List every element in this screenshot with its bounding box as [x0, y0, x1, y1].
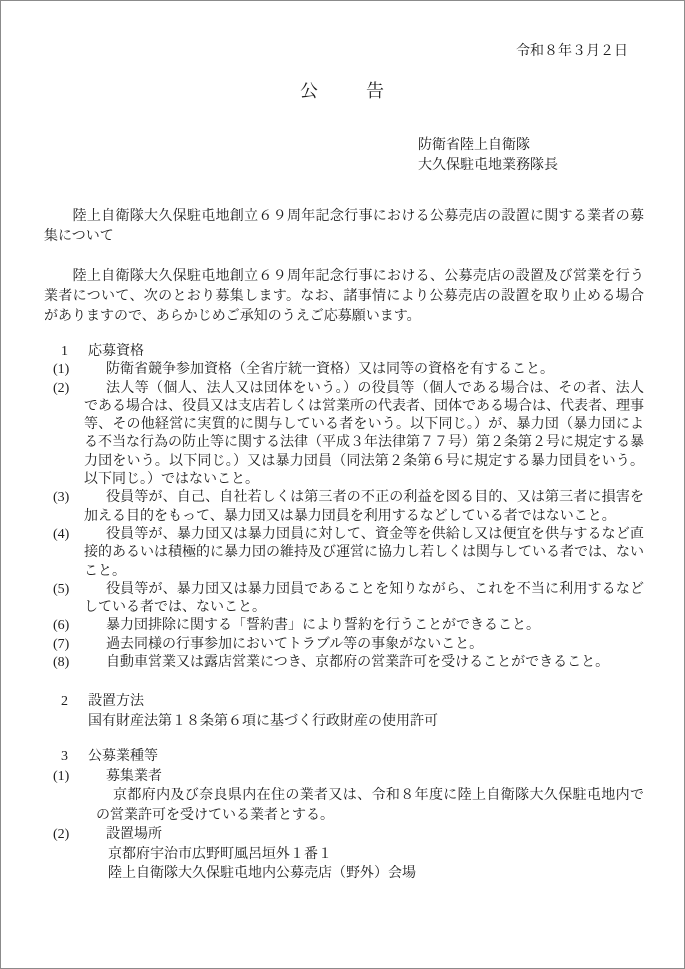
item-text: 過去同様の行事参加においてトラブル等の事象がないこと。: [84, 636, 644, 654]
document-page: 令和８年３月２日 公 告 防衛省陸上自衛隊 大久保駐屯地業務隊長 陸上自衛隊大久…: [0, 0, 685, 969]
item-marker: (2): [53, 380, 69, 398]
section-installation-method: 2設置方法 国有財産法第１８条第６項に基づく行政財産の使用許可: [44, 692, 644, 732]
list-item: (5) 役員等が、暴力団又は暴力団員であることを知りながら、これを不当に利用する…: [84, 581, 644, 618]
item-text: 役員等が、暴力団又は暴力団員であることを知りながら、これを不当に利用するなどして…: [84, 581, 644, 618]
section-heading: 2設置方法: [44, 692, 644, 712]
intro-paragraph: 陸上自衛隊大久保駐屯地創立６９周年記念行事における、公募売店の設置及び営業を行う…: [44, 267, 644, 327]
item-text: 暴力団排除に関する「誓約書」により誓約を行うことができること。: [84, 617, 644, 635]
section-number: 3: [61, 747, 88, 767]
list-item: (2) 設置場所: [84, 825, 644, 845]
section-title: 応募資格: [88, 344, 144, 359]
list-item: (8) 自動車営業又は露店営業につき、京都府の営業許可を受けることができること。: [84, 654, 644, 672]
item-sub-line-venue: 陸上自衛隊大久保駐屯地内公募売店（野外）会場: [108, 864, 644, 884]
section-title: 公募業種等: [88, 749, 158, 764]
section-business-types: 3公募業種等 (1) 募集業者 京都府内及び奈良県内在住の業者又は、令和８年度に…: [44, 747, 644, 884]
list-item: (1) 防衛省競争参加資格（全省庁統一資格）又は同等の資格を有すること。: [84, 361, 644, 379]
item-marker: (1): [53, 361, 69, 379]
list-item: (4) 役員等が、暴力団又は暴力団員に対して、資金等を供給し又は便宜を供与するな…: [84, 526, 644, 581]
item-text: 防衛省競争参加資格（全省庁統一資格）又は同等の資格を有すること。: [84, 361, 644, 379]
item-marker: (6): [53, 617, 69, 635]
item-text: 設置場所: [84, 825, 644, 845]
document-date: 令和８年３月２日: [44, 42, 644, 62]
sender-line-organization: 防衛省陸上自衛隊: [418, 136, 644, 156]
item-marker: (2): [53, 825, 69, 845]
section-heading: 3公募業種等: [44, 747, 644, 767]
list-item: (6) 暴力団排除に関する「誓約書」により誓約を行うことができること。: [84, 617, 644, 635]
item-marker: (8): [53, 654, 69, 672]
section-number: 2: [61, 692, 88, 712]
item-sub-paragraph: 京都府内及び奈良県内在住の業者又は、令和８年度に陸上自衛隊大久保駐屯地内での営業…: [96, 786, 644, 825]
section-title: 設置方法: [88, 694, 144, 709]
list-item: (1) 募集業者: [84, 767, 644, 787]
item-marker: (4): [53, 526, 69, 544]
item-sub-line-address: 京都府宇治市広野町風呂垣外１番１: [108, 845, 644, 865]
subject-paragraph: 陸上自衛隊大久保駐屯地創立６９周年記念行事における公募売店の設置に関する業者の募…: [44, 207, 644, 247]
list-item: (2) 法人等（個人、法人又は団体をいう。）の役員等（個人である場合は、その者、…: [84, 380, 644, 490]
section-number: 1: [61, 343, 88, 361]
sender-line-officer: 大久保駐屯地業務隊長: [418, 156, 644, 176]
item-marker: (1): [53, 767, 69, 787]
list-item: (7) 過去同様の行事参加においてトラブル等の事象がないこと。: [84, 636, 644, 654]
item-marker: (3): [53, 489, 69, 507]
section-eligibility: 1応募資格 (1) 防衛省競争参加資格（全省庁統一資格）又は同等の資格を有するこ…: [44, 343, 644, 672]
item-text: 法人等（個人、法人又は団体をいう。）の役員等（個人である場合は、その者、法人であ…: [84, 380, 644, 490]
sender-block: 防衛省陸上自衛隊 大久保駐屯地業務隊長: [418, 136, 644, 176]
item-text: 役員等が、自己、自社若しくは第三者の不正の利益を図る目的、又は第三者に損害を加え…: [84, 489, 644, 526]
document-title: 公 告: [44, 78, 644, 104]
item-text: 募集業者: [84, 767, 644, 787]
item-text: 役員等が、暴力団又は暴力団員に対して、資金等を供給し又は便宜を供与するなど直接的…: [84, 526, 644, 581]
list-item: (3) 役員等が、自己、自社若しくは第三者の不正の利益を図る目的、又は第三者に損…: [84, 489, 644, 526]
item-marker: (7): [53, 636, 69, 654]
item-marker: (5): [53, 581, 69, 599]
section-body: 国有財産法第１８条第６項に基づく行政財産の使用許可: [88, 712, 644, 732]
item-text: 自動車営業又は露店営業につき、京都府の営業許可を受けることができること。: [84, 654, 644, 672]
section-heading: 1応募資格: [44, 343, 644, 361]
